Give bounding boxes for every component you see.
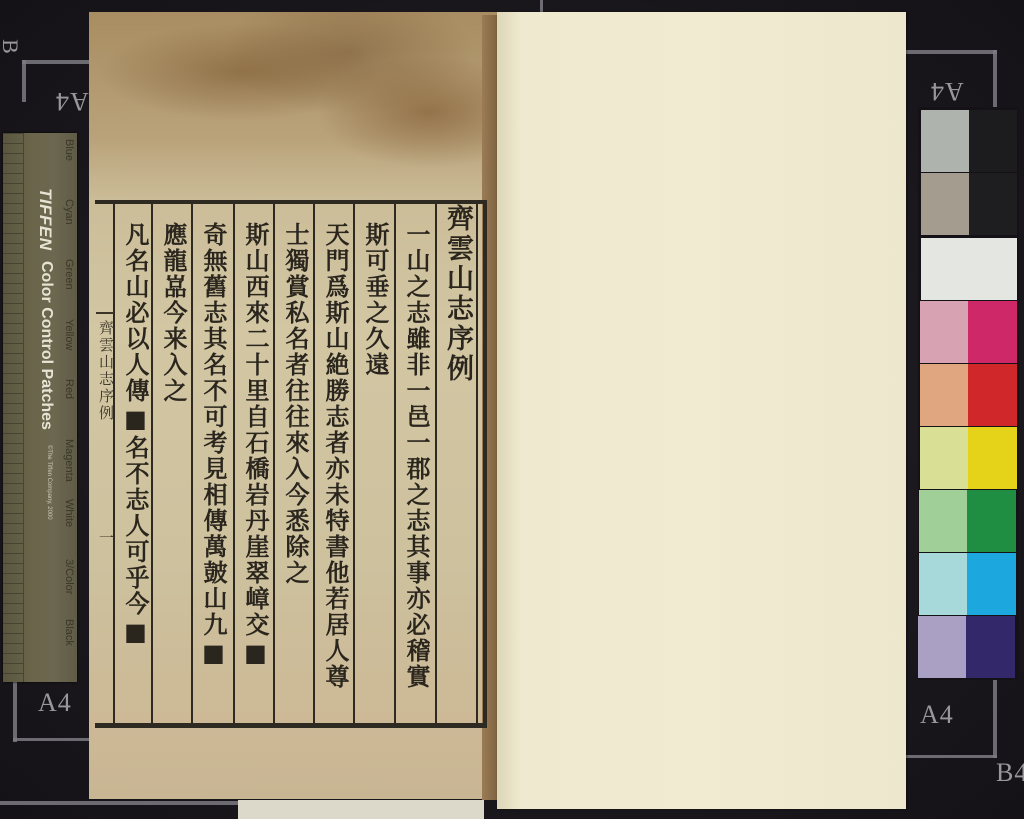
text-column-8: 凡名山必以人傳■名不志人可乎今■	[115, 222, 155, 648]
guide-label-b: B	[0, 39, 23, 55]
patch-black-top	[969, 110, 1017, 172]
margin-page-number: 一	[97, 530, 117, 547]
tiffen-color-ruler: Blue Cyan Green Yellow Red Magenta White…	[3, 133, 77, 682]
ruler-color-label: Magenta	[63, 439, 75, 499]
patch-mid-gray	[921, 173, 969, 235]
ruler-color-label: White	[63, 499, 75, 559]
guide-label-a4-upper-right: A4	[930, 76, 964, 106]
text-column-4: 士獨賞私名者往往來入今悉除之	[275, 222, 315, 586]
guide-line	[0, 801, 240, 805]
guide-line	[13, 738, 90, 741]
patch-light-cyan	[919, 553, 967, 615]
woodblock-frame: 齊雲山志序例 一山之志雖非一邑一郡之志其事亦必稽實 斯可垂之久遠 天門爲斯山絶勝…	[95, 200, 487, 728]
ruler-color-label: Green	[63, 259, 75, 319]
text-column-7: 應龍嵓今来入之	[153, 222, 193, 404]
text-column-3: 天門爲斯山絶勝志者亦未特書他若居人尊	[315, 222, 355, 690]
patch-magenta	[968, 301, 1017, 363]
patch-black-mid	[969, 173, 1017, 235]
ruler-color-label: Blue	[63, 139, 75, 199]
patch-light-yellow	[920, 427, 968, 489]
title-column: 齊雲山志序例	[437, 204, 477, 384]
patch-light-magenta	[920, 301, 968, 363]
frame-border-right	[483, 200, 487, 728]
guide-line	[905, 755, 997, 758]
ruler-ticks	[3, 133, 24, 682]
guide-line	[13, 682, 17, 742]
guide-line	[993, 50, 997, 108]
patch-light-blue	[918, 616, 966, 678]
guide-line	[22, 60, 90, 64]
guide-line	[540, 0, 543, 12]
ruler-title: Color Control Patches	[37, 261, 55, 430]
margin-title: 齊雲山志序例	[97, 320, 117, 422]
patch-blue	[966, 616, 1015, 678]
ruler-color-label: Cyan	[63, 199, 75, 259]
ruler-color-label: Red	[63, 379, 75, 439]
text-column-6: 奇無舊志其名不可考見相傳萬皷山九■	[193, 222, 233, 669]
color-calibration-chart	[918, 107, 1019, 680]
guide-label-b4: B4	[996, 758, 1024, 788]
patch-red	[968, 364, 1017, 426]
guide-label-a4-lower-left: A4	[38, 688, 72, 718]
ruler-copyright: ©The Tiffen Company, 2000	[46, 445, 52, 520]
text-column-2: 斯可垂之久遠	[355, 222, 395, 378]
patch-white	[921, 238, 1017, 300]
ruler-color-label: Yellow	[63, 319, 75, 379]
right-page-blank	[497, 12, 906, 809]
guide-line	[22, 60, 26, 102]
patch-green	[967, 490, 1016, 552]
guide-label-a4-lower-right: A4	[920, 700, 954, 730]
frame-border-bottom	[95, 723, 487, 728]
ruler-color-label: 3/Color	[63, 559, 75, 619]
ruler-color-label: Black	[63, 619, 75, 679]
patch-cyan	[967, 553, 1016, 615]
ruler-brand-logo: TIFFEN	[35, 188, 55, 251]
text-column-1: 一山之志雖非一邑一郡之志其事亦必稽實	[396, 222, 436, 690]
ruler-color-labels: Blue Cyan Green Yellow Red Magenta White…	[63, 139, 75, 679]
paper-slip	[238, 800, 484, 819]
frame-border-top	[95, 200, 487, 204]
patch-yellow	[968, 427, 1017, 489]
patch-light-red	[920, 364, 968, 426]
guide-label-a4-upper-left: A4	[55, 86, 89, 116]
text-column-5: 斯山西來二十里自石橋岩丹崖翠嶂交■	[235, 222, 275, 669]
patch-light-gray	[921, 110, 969, 172]
guide-line	[905, 50, 997, 54]
guide-line	[993, 680, 997, 758]
patch-light-green	[919, 490, 967, 552]
